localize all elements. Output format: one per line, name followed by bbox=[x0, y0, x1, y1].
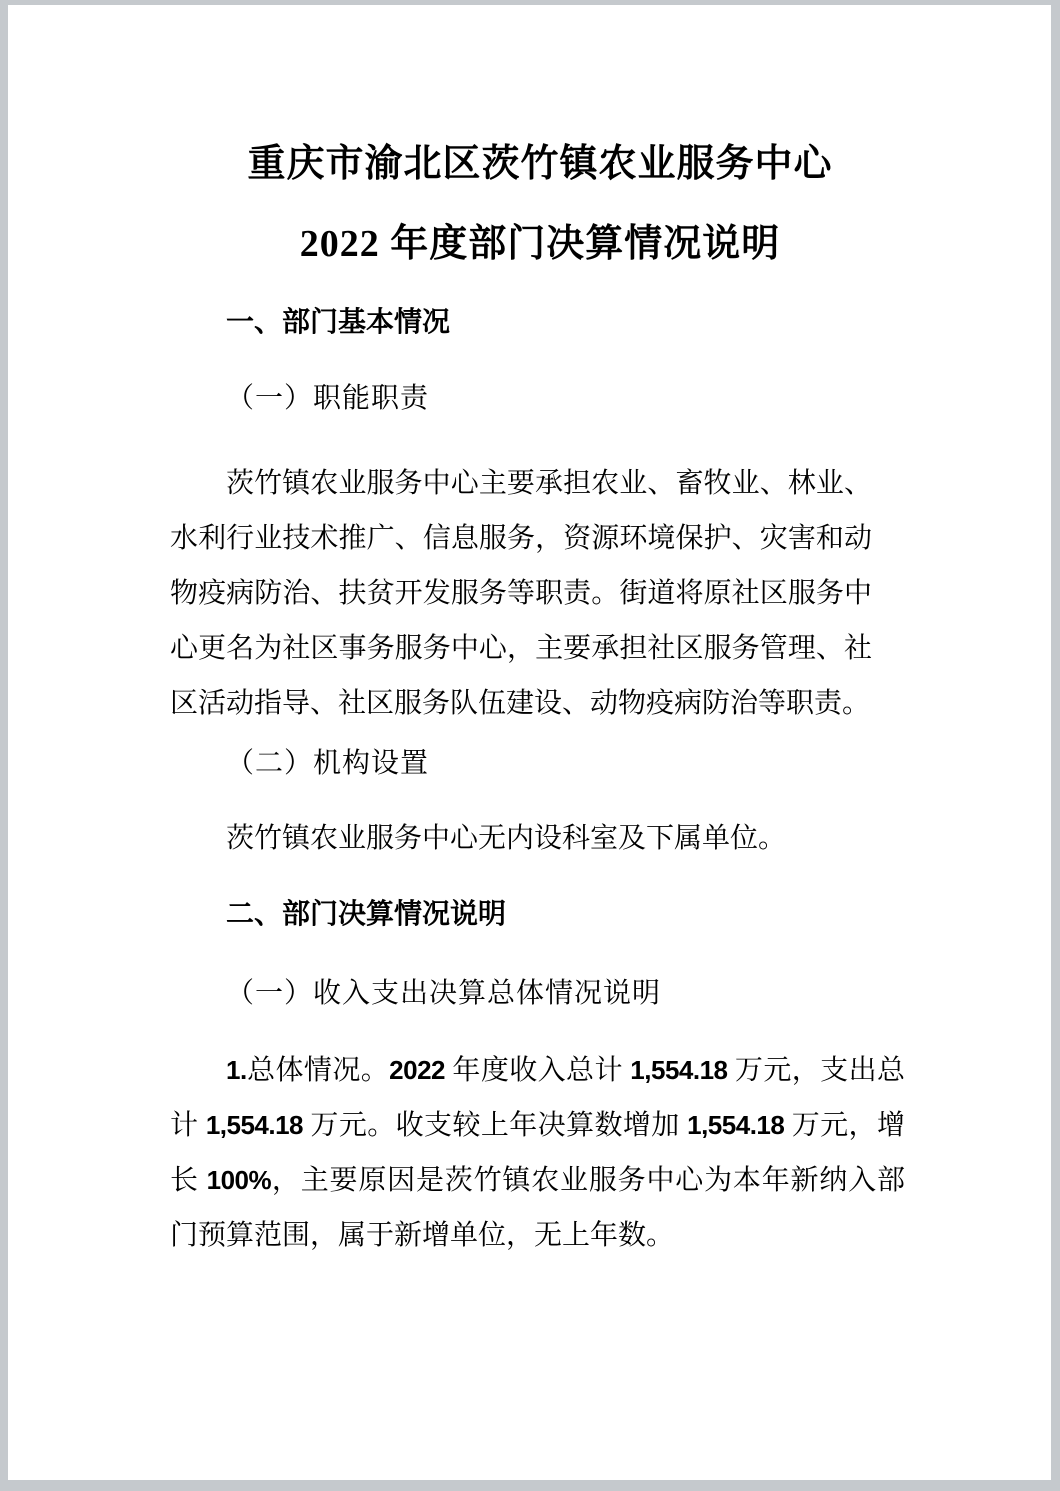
text-segment: 茨竹镇农业服务中心主要承担农业、畜牧业、林业、 bbox=[226, 468, 872, 499]
text-segment: ，主要原因是茨竹镇农业服务中心为本年新纳入部 bbox=[271, 1165, 905, 1196]
text-segment: 门预算范围，属于新增单位，无上年数。 bbox=[170, 1220, 674, 1251]
text-segment: 万元，增 bbox=[784, 1110, 905, 1141]
section-heading-basic-info: 一、部门基本情况 bbox=[170, 294, 910, 349]
text-line: 茨竹镇农业服务中心无内设科室及下属单位。 bbox=[170, 811, 910, 866]
text-segment: 万元，支出总 bbox=[728, 1055, 905, 1086]
viewer-background: { "page": { "background_color": "#c5c9cd… bbox=[0, 0, 1060, 1491]
text-line: 区活动指导、社区服务队伍建设、动物疫病防治等职责。 bbox=[170, 676, 872, 731]
text-line: 门预算范围，属于新增单位，无上年数。 bbox=[170, 1208, 905, 1263]
text-segment: 计 bbox=[170, 1110, 206, 1141]
subsection-heading-duties: （一）职能职责 bbox=[170, 371, 910, 426]
text-segment: 1. bbox=[226, 1055, 247, 1085]
text-line: 茨竹镇农业服务中心主要承担农业、畜牧业、林业、 bbox=[170, 456, 872, 511]
text-segment: 2022 bbox=[389, 1055, 445, 1085]
text-segment: 100% bbox=[207, 1165, 272, 1195]
text-line: 长 100%，主要原因是茨竹镇农业服务中心为本年新纳入部 bbox=[170, 1153, 905, 1208]
text-segment: 1,554.18 bbox=[687, 1110, 784, 1140]
document-title: 重庆市渝北区茨竹镇农业服务中心 2022 年度部门决算情况说明 bbox=[170, 124, 910, 284]
text-segment: 区活动指导、社区服务队伍建设、动物疫病防治等职责。 bbox=[170, 688, 870, 719]
subsection-heading-organization: （二）机构设置 bbox=[170, 736, 910, 791]
text-segment: 物疫病防治、扶贫开发服务等职责。街道将原社区服务中 bbox=[170, 578, 872, 609]
text-line: 物疫病防治、扶贫开发服务等职责。街道将原社区服务中 bbox=[170, 566, 872, 621]
paragraph-organization: 茨竹镇农业服务中心无内设科室及下属单位。 bbox=[170, 811, 910, 866]
text-segment: 心更名为社区事务服务中心，主要承担社区服务管理、社 bbox=[170, 633, 872, 664]
text-segment: 万元。收支较上年决算数增加 bbox=[303, 1110, 687, 1141]
section-heading-final-accounts: 二、部门决算情况说明 bbox=[170, 886, 910, 941]
text-segment: 茨竹镇农业服务中心无内设科室及下属单位。 bbox=[226, 823, 786, 854]
text-segment: 1,554.18 bbox=[206, 1110, 303, 1140]
title-line-2: 2022 年度部门决算情况说明 bbox=[170, 204, 910, 284]
subsection-heading-overall: （一）收入支出决算总体情况说明 bbox=[170, 966, 910, 1021]
paragraph-duties: 茨竹镇农业服务中心主要承担农业、畜牧业、林业、水利行业技术推广、信息服务，资源环… bbox=[170, 456, 872, 731]
text-line: 1.总体情况。2022 年度收入总计 1,554.18 万元，支出总 bbox=[170, 1043, 905, 1098]
text-segment: 总体情况。 bbox=[247, 1055, 389, 1086]
text-segment: 水利行业技术推广、信息服务，资源环境保护、灾害和动 bbox=[170, 523, 872, 554]
title-line-1: 重庆市渝北区茨竹镇农业服务中心 bbox=[170, 124, 910, 204]
text-line: 计 1,554.18 万元。收支较上年决算数增加 1,554.18 万元，增 bbox=[170, 1098, 905, 1153]
text-line: 水利行业技术推广、信息服务，资源环境保护、灾害和动 bbox=[170, 511, 872, 566]
text-segment: 年度收入总计 bbox=[445, 1055, 630, 1086]
paragraph-overall: 1.总体情况。2022 年度收入总计 1,554.18 万元，支出总计 1,55… bbox=[170, 1043, 905, 1263]
text-segment: 长 bbox=[170, 1165, 207, 1196]
text-line: 心更名为社区事务服务中心，主要承担社区服务管理、社 bbox=[170, 621, 872, 676]
document-page: 重庆市渝北区茨竹镇农业服务中心 2022 年度部门决算情况说明 一、部门基本情况… bbox=[8, 5, 1051, 1480]
text-segment: 1,554.18 bbox=[630, 1055, 727, 1085]
